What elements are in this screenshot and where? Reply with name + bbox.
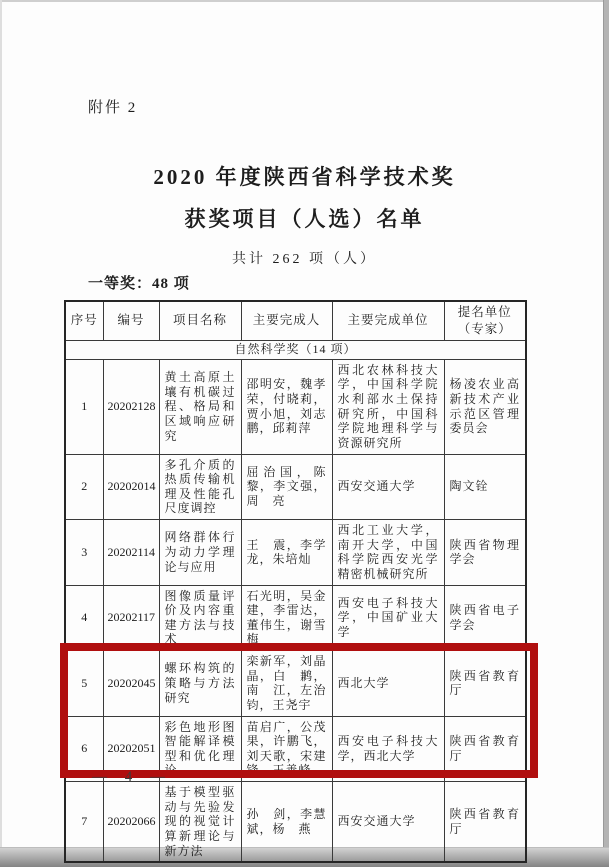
cell-project: 图像质量评价及内容重建方法与技术 (159, 585, 241, 651)
cell-nominator: 陶文铨 (444, 454, 526, 520)
first-prize-label: 一等奖：48 项 (88, 272, 190, 293)
cell-contributors: 苗启广，公茂果，许鹏飞，刘天歌，宋建锋，王善峰 (241, 716, 332, 782)
document-page: 附件 2 2020 年度陕西省科学技术奖 获奖项目（人选）名单 共计 262 项… (0, 0, 609, 867)
cell-no: 3 (65, 520, 103, 586)
document-title-line1: 2020 年度陕西省科学技术奖 (0, 161, 609, 191)
table-row: 520202045螺环构筑的策略与方法研究栾新军，刘晶晶，白 鹣，南 江，左治钧… (65, 651, 526, 717)
cell-contributors: 栾新军，刘晶晶，白 鹣，南 江，左治钧，王尧宇 (241, 651, 332, 717)
cell-nominator: 陕西省物理学会 (444, 520, 526, 586)
cell-organizations: 西安交通大学 (332, 454, 444, 520)
cell-no: 7 (65, 782, 103, 863)
cell-organizations: 西安电子科技大学，西北大学 (332, 716, 444, 782)
cell-project: 螺环构筑的策略与方法研究 (159, 651, 241, 717)
cell-project: 多孔介质的热质传输机理及性能孔尺度调控 (159, 454, 241, 520)
table-row: 120202128黄土高原土壤有机碳过程、格局和区域响应研究邵明安，魏孝荣，付晓… (65, 359, 526, 454)
page-number: — 4 — (92, 769, 172, 786)
cell-code: 20202128 (103, 359, 159, 454)
cell-code: 20202117 (103, 585, 159, 651)
cell-nominator: 陕西省教育厅 (444, 782, 526, 863)
scan-edge-left (0, 0, 2, 867)
cell-code: 20202045 (103, 651, 159, 717)
cell-code: 20202066 (103, 782, 159, 863)
cell-no: 2 (65, 454, 103, 520)
cell-organizations: 西北大学 (332, 651, 444, 717)
cell-organizations: 西安电子科技大学，中国矿业大学 (332, 585, 444, 651)
section-header-row: 自然科学奖（14 项） (65, 340, 526, 359)
cell-contributors: 孙 剑，李慧斌，杨 燕 (241, 782, 332, 863)
table-row: 420202117图像质量评价及内容重建方法与技术石光明，吴金建，李雷达，董伟生… (65, 585, 526, 651)
cell-no: 5 (65, 651, 103, 717)
cell-organizations: 西北工业大学，南开大学，中国科学院西安光学精密机械研究所 (332, 520, 444, 586)
cell-contributors: 邵明安，魏孝荣，付晓莉，贾小旭，刘志鹏，邱莉萍 (241, 359, 332, 454)
table-header-row: 序号 编号 项目名称 主要完成人 主要完成单位 提名单位（专家） (65, 301, 526, 340)
cell-contributors: 王 震，李学龙，朱培灿 (241, 520, 332, 586)
column-header-no: 序号 (65, 301, 103, 340)
cell-nominator: 陕西省教育厅 (444, 716, 526, 782)
cell-nominator: 陕西省教育厅 (444, 651, 526, 717)
column-header-nominator: 提名单位（专家） (444, 301, 526, 340)
cell-nominator: 杨凌农业高新技术产业示范区管理委员会 (444, 359, 526, 454)
cell-no: 1 (65, 359, 103, 454)
cell-organizations: 西安交通大学 (332, 782, 444, 863)
column-header-project: 项目名称 (159, 301, 241, 340)
column-header-code: 编号 (103, 301, 159, 340)
document-title-line2: 获奖项目（人选）名单 (0, 203, 609, 233)
table-row: 720202066基于模型驱动与先验发现的视觉计算新理论与新方法孙 剑，李慧斌，… (65, 782, 526, 863)
cell-no: 4 (65, 585, 103, 651)
column-header-organizations: 主要完成单位 (332, 301, 444, 340)
cell-contributors: 石光明，吴金建，李雷达，董伟生，谢雪梅 (241, 585, 332, 651)
attachment-label: 附件 2 (88, 96, 137, 117)
cell-project: 网络群体行为动力学理论与应用 (159, 520, 241, 586)
table-row: 320202114网络群体行为动力学理论与应用王 震，李学龙，朱培灿西北工业大学… (65, 520, 526, 586)
cell-code: 20202014 (103, 454, 159, 520)
total-count-label: 共计 262 项（人） (0, 248, 609, 268)
cell-project: 基于模型驱动与先验发现的视觉计算新理论与新方法 (159, 782, 241, 863)
section-header-cell: 自然科学奖（14 项） (65, 340, 526, 359)
cell-organizations: 西北农林科技大学，中国科学院水利部水土保持研究所，中国科学院地理科学与资源研究所 (332, 359, 444, 454)
cell-code: 20202114 (103, 520, 159, 586)
scan-edge-right (603, 0, 609, 867)
column-header-contributors: 主要完成人 (241, 301, 332, 340)
scan-edge-top (0, 0, 609, 2)
table-row: 220202014多孔介质的热质传输机理及性能孔尺度调控屈治国，陈 黎，李文强，… (65, 454, 526, 520)
cell-nominator: 陕西省电子学会 (444, 585, 526, 651)
cell-project: 黄土高原土壤有机碳过程、格局和区域响应研究 (159, 359, 241, 454)
cell-contributors: 屈治国，陈 黎，李文强，周 亮 (241, 454, 332, 520)
